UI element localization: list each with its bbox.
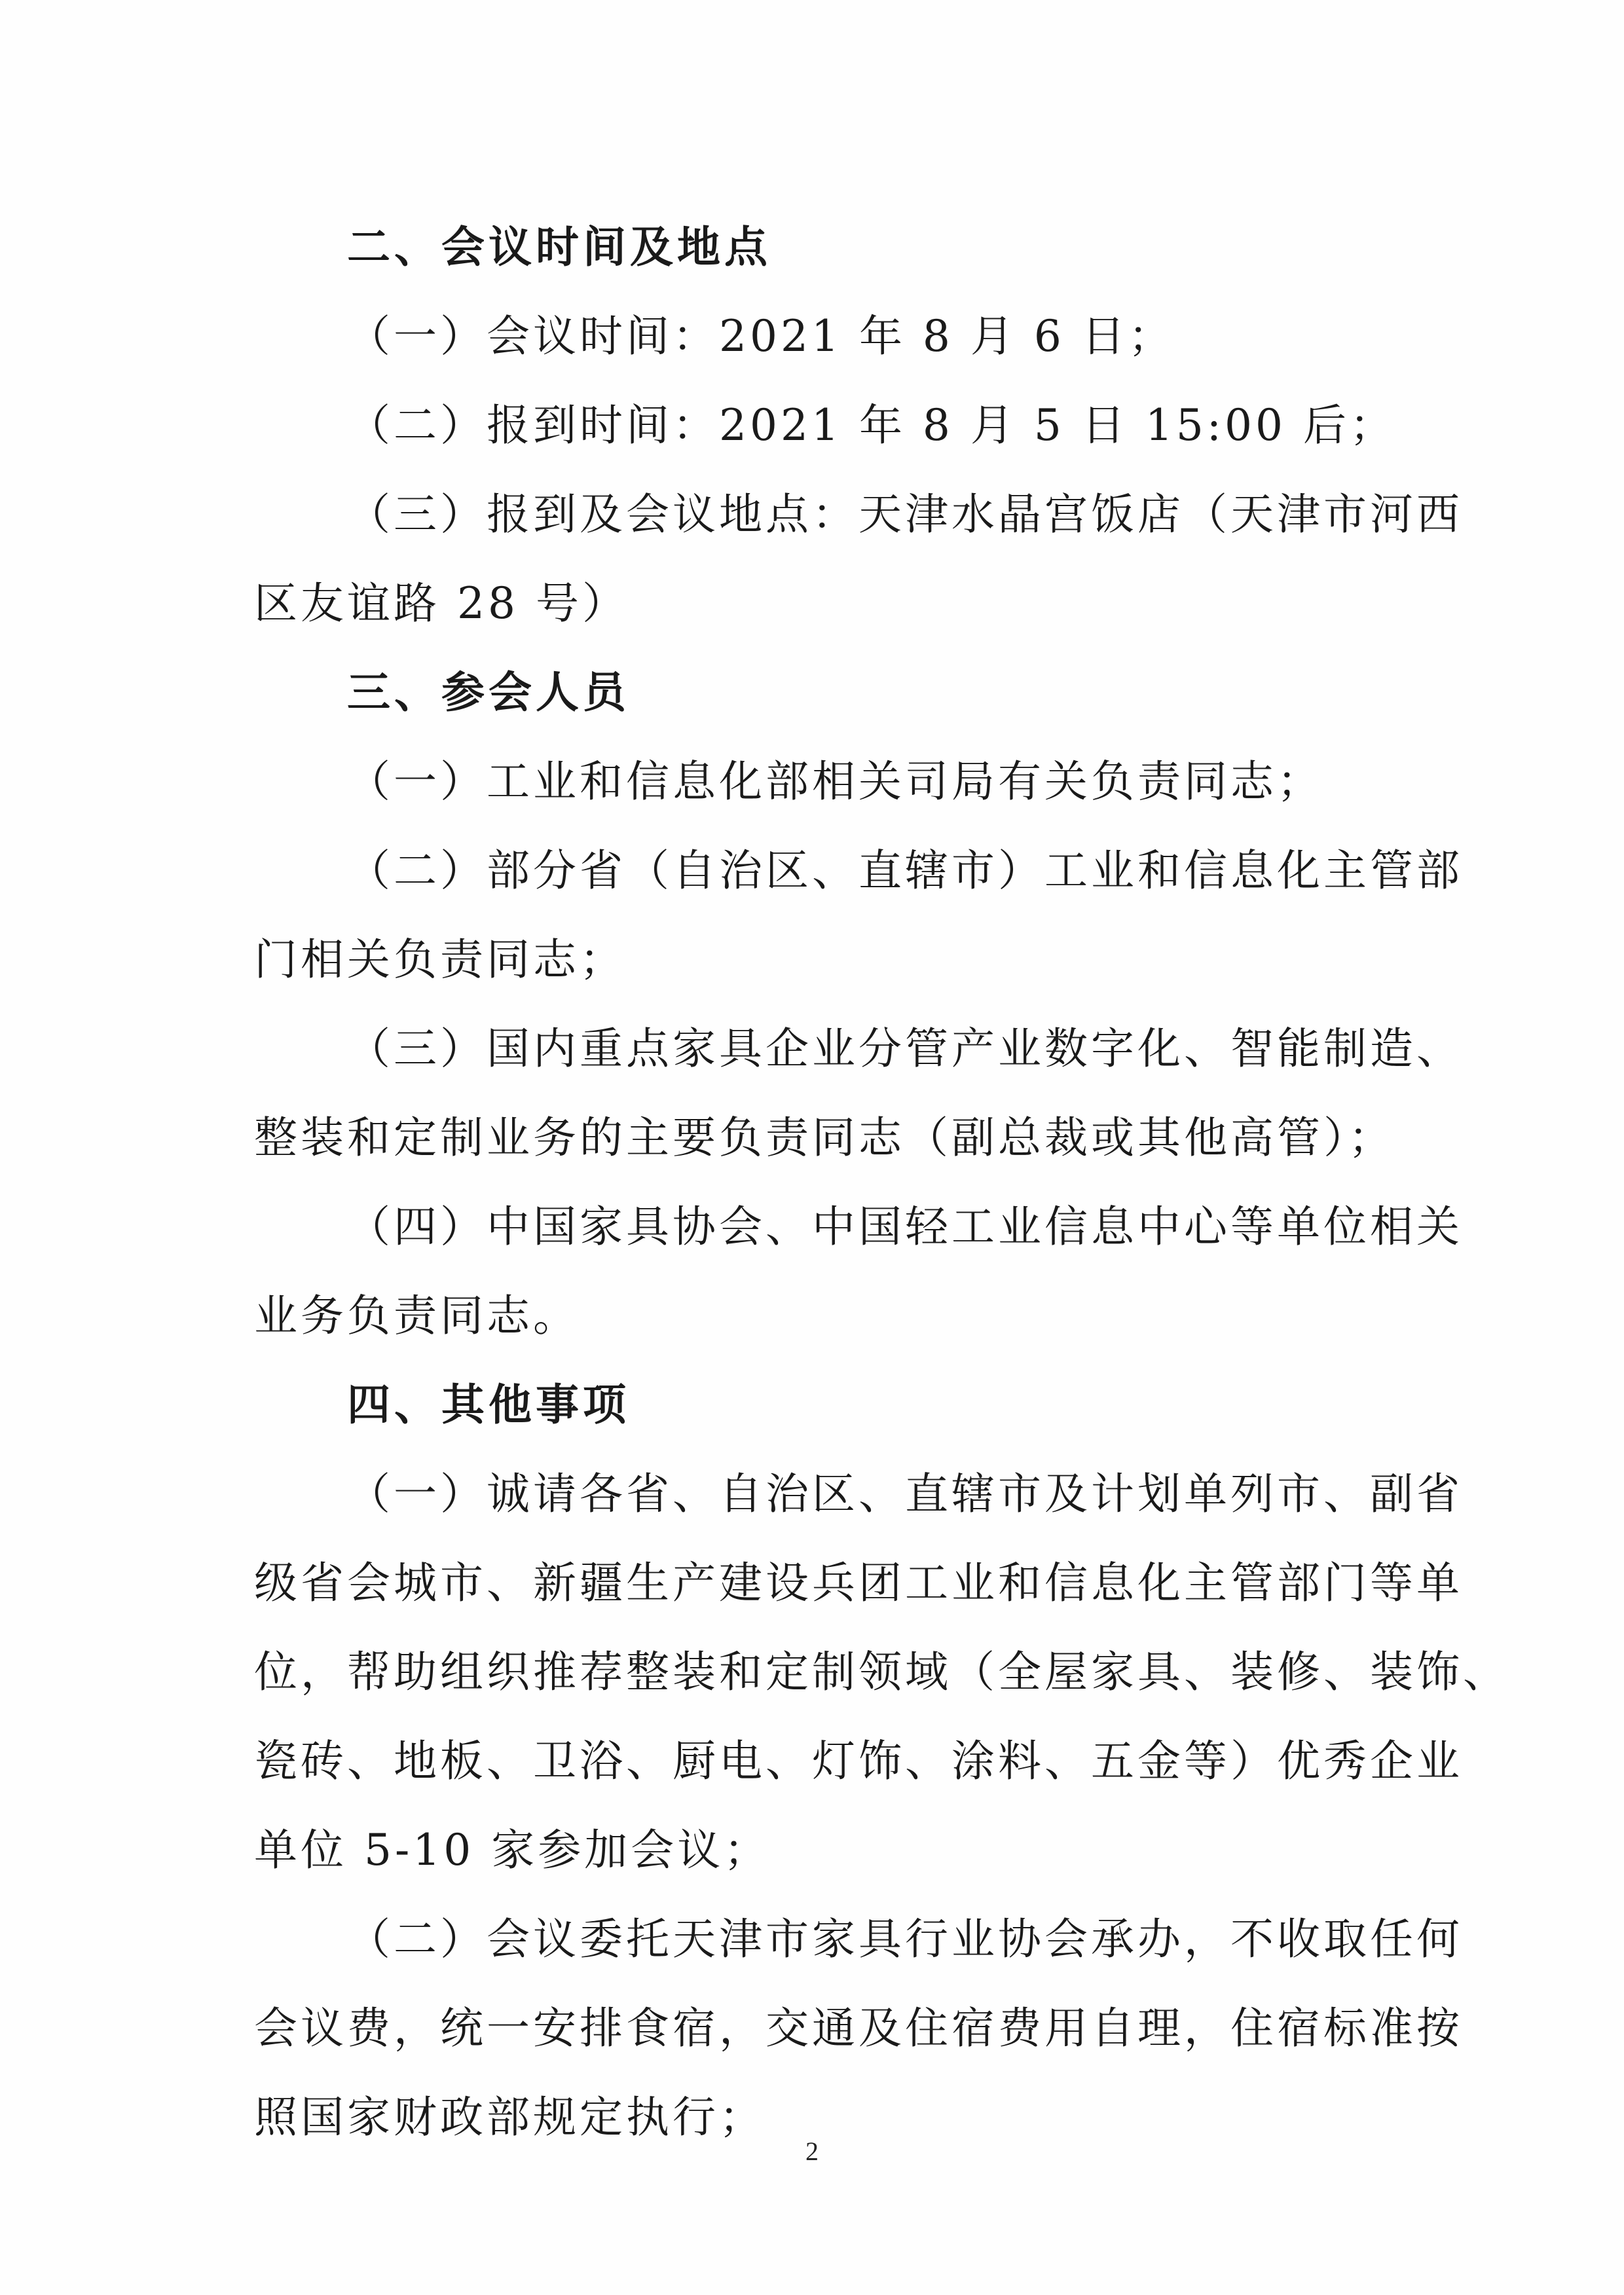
section-heading-meeting-time-place: 二、会议时间及地点	[254, 203, 1375, 292]
attendee-item-2-line-1: （二）部分省（自治区、直辖市）工业和信息化主管部	[254, 826, 1375, 915]
meeting-time: （一）会议时间：2021 年 8 月 6 日；	[254, 292, 1375, 381]
section-heading-other-matters: 四、其他事项	[254, 1361, 1375, 1450]
attendee-item-2-line-2: 门相关负责同志；	[254, 915, 1375, 1004]
other-item-2-line-1: （二）会议委托天津市家具行业协会承办，不收取任何	[254, 1895, 1375, 1984]
attendee-item-1: （一）工业和信息化部相关司局有关负责同志；	[254, 737, 1375, 826]
registration-time: （二）报到时间：2021 年 8 月 5 日 15:00 后；	[254, 381, 1375, 470]
page-number: 2	[0, 2136, 1624, 2167]
document-body: 二、会议时间及地点 （一）会议时间：2021 年 8 月 6 日； （二）报到时…	[254, 203, 1375, 2162]
meeting-location-line-1: （三）报到及会议地点：天津水晶宫饭店（天津市河西	[254, 470, 1375, 559]
other-item-1-line-4: 瓷砖、地板、卫浴、厨电、灯饰、涂料、五金等）优秀企业	[254, 1717, 1375, 1806]
other-item-1-line-1: （一）诚请各省、自治区、直辖市及计划单列市、副省	[254, 1450, 1375, 1539]
meeting-location-line-2: 区友谊路 28 号）	[254, 559, 1375, 648]
attendee-item-3-line-1: （三）国内重点家具企业分管产业数字化、智能制造、	[254, 1004, 1375, 1093]
other-item-2-line-2: 会议费，统一安排食宿，交通及住宿费用自理，住宿标准按	[254, 1984, 1375, 2073]
other-item-1-line-3: 位，帮助组织推荐整装和定制领域（全屋家具、装修、装饰、	[254, 1628, 1375, 1717]
attendee-item-3-line-2: 整装和定制业务的主要负责同志（副总裁或其他高管）；	[254, 1093, 1375, 1183]
attendee-item-4-line-1: （四）中国家具协会、中国轻工业信息中心等单位相关	[254, 1183, 1375, 1272]
other-item-1-line-5: 单位 5-10 家参加会议；	[254, 1806, 1375, 1895]
document-page: 二、会议时间及地点 （一）会议时间：2021 年 8 月 6 日； （二）报到时…	[0, 0, 1624, 2295]
section-heading-attendees: 三、参会人员	[254, 648, 1375, 737]
other-item-1-line-2: 级省会城市、新疆生产建设兵团工业和信息化主管部门等单	[254, 1539, 1375, 1628]
attendee-item-4-line-2: 业务负责同志。	[254, 1272, 1375, 1361]
